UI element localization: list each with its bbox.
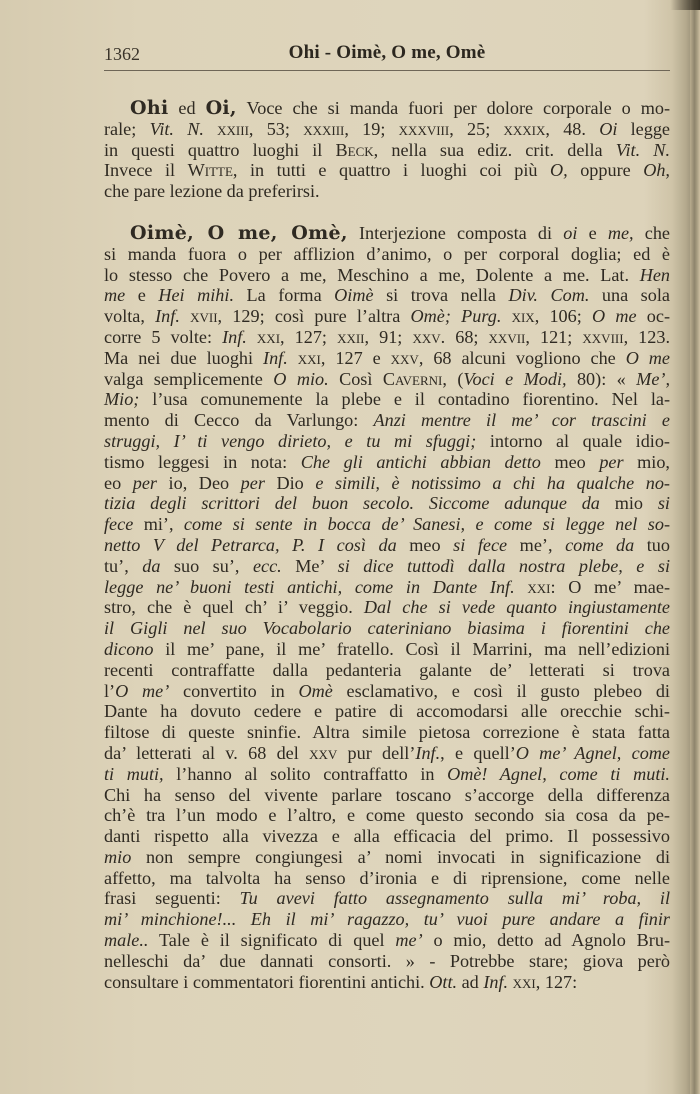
- book-page: 1362 Ohi - Oimè, O me, Omè Ohi ed Oi, Vo…: [0, 0, 700, 1094]
- text-run: mi’,: [133, 514, 184, 534]
- text-line: affetto, ma talvolta ha senso d’ironia e…: [104, 868, 670, 889]
- text-run: Voce che si manda fuori per dolore corpo…: [237, 98, 670, 118]
- text-run: O,: [550, 160, 568, 180]
- text-run: Vit. N.: [616, 140, 670, 160]
- header-rule: [104, 70, 670, 71]
- text-run: , in tutti e quattro i luoghi coi più: [233, 160, 550, 180]
- text-run: [204, 119, 217, 139]
- text-run: oppure: [568, 160, 644, 180]
- entry-oime: Oimè, O me, Omè, Interjezione composta d…: [104, 223, 670, 992]
- text-line: danti rispetto alla vivezza e alla effic…: [104, 826, 670, 847]
- text-run: si trova nella: [374, 285, 509, 305]
- text-run: rale;: [104, 119, 150, 139]
- text-run: xxviii: [582, 327, 623, 347]
- text-run: o mio, detto ad Agnolo Bru-: [423, 930, 670, 950]
- text-line: frasi seguenti: Tu avevi fatto assegname…: [104, 888, 670, 909]
- headword: Ohi: [130, 97, 168, 119]
- text-run: tuo: [634, 535, 670, 555]
- text-line: nelleschi da’ due dannati consorti. » - …: [104, 951, 670, 972]
- text-run: O mio.: [273, 369, 328, 389]
- text-run: 80): «: [567, 369, 637, 389]
- text-run: xvii: [190, 306, 217, 326]
- text-line: Ohi ed Oi, Voce che si manda fuori per d…: [104, 98, 670, 119]
- text-line: volta, Inf. xvii, 129; così pure l’altra…: [104, 306, 670, 327]
- text-line: consultare i commentatori fiorentini ant…: [104, 972, 670, 993]
- text-run: che: [634, 223, 670, 243]
- text-run: xxvii: [489, 327, 526, 347]
- text-run: male..: [104, 930, 148, 950]
- text-run: che pare lezione da preferirsi.: [104, 181, 320, 201]
- text-run: xxi: [298, 348, 321, 368]
- text-run: frasi seguenti:: [104, 888, 240, 908]
- text-run: mio: [104, 847, 131, 867]
- text-run: ad: [457, 972, 483, 992]
- text-run: e: [577, 223, 607, 243]
- text-run: Inf.: [415, 743, 440, 763]
- text-line: l’O me’ convertito in Omè esclamativo, e…: [104, 681, 670, 702]
- text-line: ti muti, l’hanno al solito contraffatto …: [104, 764, 670, 785]
- text-run: e simili, è notissimo a chi ha qualche n…: [315, 473, 670, 493]
- text-run: , 68 alcuni vogliono che: [419, 348, 626, 368]
- text-run: [501, 306, 511, 326]
- text-run: lo stesso che Povero a me, Meschino a me…: [104, 265, 640, 285]
- text-run: Ma nei due luoghi: [104, 348, 263, 368]
- text-run: mio: [600, 493, 658, 513]
- text-line: Ma nei due luoghi Inf. xxi, 127 e xxv, 6…: [104, 348, 670, 369]
- text-run: La forma: [234, 285, 334, 305]
- text-run: [247, 327, 257, 347]
- text-run: , 127 e: [321, 348, 391, 368]
- text-run: si dice tuttodì dalla nostra plebe, e si: [338, 556, 670, 576]
- text-run: stro, che è quel ch’ i’ veggio.: [104, 597, 364, 617]
- text-run: come si sente in bocca de’ Sanesi, e com…: [184, 514, 670, 534]
- text-run: Vit. N.: [150, 119, 204, 139]
- text-line: eo per io, Deo per Dio e simili, è notis…: [104, 473, 670, 494]
- text-line: dicono il me’ pane, il me’ fratello. Cos…: [104, 639, 670, 660]
- text-line: netto V del Petrarca, P. I così da meo s…: [104, 535, 670, 556]
- text-run: esclamativo, e così il gusto plebeo di: [333, 681, 670, 701]
- text-run: [180, 306, 190, 326]
- text-run: xxv: [309, 743, 337, 763]
- text-run: intorno al quale idio-: [476, 431, 670, 451]
- text-run: Witte: [188, 160, 233, 180]
- text-line: Invece il Witte, in tutti e quattro i lu…: [104, 160, 670, 181]
- text-run: Tu avevi fatto assegnamento sulla mi’ ro…: [240, 888, 670, 908]
- text-run: Ott.: [429, 972, 457, 992]
- text-line: fece mi’, come si sente in bocca de’ San…: [104, 514, 670, 535]
- headword: Oi,: [206, 97, 237, 119]
- text-run: Invece il: [104, 160, 188, 180]
- text-line: corre 5 volte: Inf. xxi, 127; xxii, 91; …: [104, 327, 670, 348]
- text-run: , (: [442, 369, 463, 389]
- text-line: in questi quattro luoghi il Beck, nella …: [104, 140, 670, 161]
- text-run: Chi ha senso del vivente parlare toscano…: [104, 785, 670, 805]
- text-run: Oi: [599, 119, 617, 139]
- text-run: meo: [541, 452, 599, 472]
- text-run: me: [104, 285, 125, 305]
- text-run: meo: [397, 535, 453, 555]
- text-run: xxi: [527, 577, 550, 597]
- text-line: valga semplicemente O mio. Così Caverni,…: [104, 369, 670, 390]
- text-run: Dio: [265, 473, 315, 493]
- text-run: me’,: [507, 535, 565, 555]
- text-run: me’: [395, 930, 422, 950]
- text-run: danti rispetto alla vivezza e alla effic…: [104, 826, 670, 846]
- text-run: Inf.: [483, 972, 508, 992]
- text-run: oi: [563, 223, 577, 243]
- text-run: suo su’,: [160, 556, 253, 576]
- text-run: me,: [608, 223, 634, 243]
- text-run: Dante ha dovuto cedere e patire di accom…: [104, 701, 670, 721]
- text-run: Omè; Purg.: [411, 306, 502, 326]
- text-run: O me: [592, 306, 637, 326]
- text-run: , 91;: [365, 327, 413, 347]
- text-line: stro, che è quel ch’ i’ veggio. Dal che …: [104, 597, 670, 618]
- text-line: Dante ha dovuto cedere e patire di accom…: [104, 701, 670, 722]
- text-run: xxxix: [504, 119, 546, 139]
- text-line: recenti contraffatte dalla pedanteria ga…: [104, 660, 670, 681]
- text-run: Dal che si vede quanto ingiustamente: [364, 597, 670, 617]
- text-run: Caverni: [383, 369, 443, 389]
- text-run: O me: [626, 348, 670, 368]
- text-run: affetto, ma talvolta ha senso d’ironia e…: [104, 868, 670, 888]
- text-run: Inf.: [155, 306, 180, 326]
- text-line: Chi ha senso del vivente parlare toscano…: [104, 785, 670, 806]
- text-run: io, Deo: [157, 473, 241, 493]
- text-run: Hen: [640, 265, 670, 285]
- text-run: O me’: [115, 681, 169, 701]
- text-line: che pare lezione da preferirsi.: [104, 181, 670, 202]
- text-run: xxiii: [217, 119, 249, 139]
- text-run: l’: [104, 681, 115, 701]
- entry-ohi: Ohi ed Oi, Voce che si manda fuori per d…: [104, 98, 670, 202]
- text-run: e: [125, 285, 158, 305]
- text-run: da’ letterati al v. 68 del: [104, 743, 309, 763]
- text-run: xxv: [412, 327, 440, 347]
- text-run: tu’,: [104, 556, 142, 576]
- text-run: valga semplicemente: [104, 369, 273, 389]
- text-run: tismo leggesi in nota:: [104, 452, 301, 472]
- text-line: struggi, I’ ti vengo dirieto, e tu mi sf…: [104, 431, 670, 452]
- text-run: , 123.: [624, 327, 670, 347]
- text-run: , 127;: [280, 327, 337, 347]
- text-run: come da: [565, 535, 634, 555]
- text-run: , 53;: [249, 119, 303, 139]
- text-line: male.. Tale è il significato di quel me’…: [104, 930, 670, 951]
- text-run: O me’ Agnel, come: [516, 743, 670, 763]
- text-run: mento di Cecco da Varlungo:: [104, 410, 374, 430]
- text-run: Inf.: [263, 348, 288, 368]
- text-run: si: [658, 493, 670, 513]
- text-line: il Gigli nel suo Vocabolario cateriniano…: [104, 618, 670, 639]
- text-run: si fece: [453, 535, 507, 555]
- text-run: [288, 348, 298, 368]
- text-line: tu’, da suo su’, ecc. Me’ si dice tuttod…: [104, 556, 670, 577]
- text-run: , 106;: [535, 306, 592, 326]
- text-run: Tale è il significato di quel: [148, 930, 395, 950]
- text-run: il Gigli nel suo Vocabolario cateriniano…: [104, 618, 670, 638]
- text-run: per: [241, 473, 265, 493]
- text-run: . 68;: [441, 327, 489, 347]
- text-line: tismo leggesi in nota: Che gli antichi a…: [104, 452, 670, 473]
- text-run: Beck: [336, 140, 374, 160]
- text-run: mi’ minchione!... Eh il mi’ ragazzo, tu’…: [104, 909, 670, 929]
- text-run: non sempre congiungesi a’ nomi invocati …: [131, 847, 670, 867]
- text-run: per: [133, 473, 157, 493]
- page-edge-shadow: [690, 0, 700, 1094]
- text-run: , nella sua ediz. crit. della: [374, 140, 616, 160]
- page-corner-shadow: [670, 0, 700, 10]
- text-run: , 127:: [536, 972, 577, 992]
- text-line: tizia degli scrittori del buon secolo. S…: [104, 493, 670, 514]
- text-run: , e quell’: [440, 743, 516, 763]
- text-run: [515, 577, 528, 597]
- text-run: xxxiii: [303, 119, 344, 139]
- text-run: ed: [168, 98, 205, 118]
- text-line: ch’è tra l’un modo e l’altro, e come que…: [104, 805, 670, 826]
- text-run: Mio;: [104, 389, 139, 409]
- text-run: fece: [104, 514, 133, 534]
- text-run: Div. Com.: [509, 285, 590, 305]
- text-line: mi’ minchione!... Eh il mi’ ragazzo, tu’…: [104, 909, 670, 930]
- text-line: Mio; l’usa comunemente la plebe e il con…: [104, 389, 670, 410]
- text-run: Omè: [298, 681, 332, 701]
- text-run: Oh,: [643, 160, 670, 180]
- text-run: , 48.: [545, 119, 599, 139]
- text-run: Così: [329, 369, 383, 389]
- text-line: legge ne’ buoni testi antichi, come in D…: [104, 577, 670, 598]
- text-run: xix: [512, 306, 535, 326]
- text-run: ch’è tra l’un modo e l’altro, e come que…: [104, 805, 670, 825]
- text-run: Che gli antichi abbian detto: [301, 452, 541, 472]
- text-line: mio non sempre congiungesi a’ nomi invoc…: [104, 847, 670, 868]
- text-run: convertito in: [169, 681, 298, 701]
- text-line: si manda fuora o per afflizion d’animo, …: [104, 244, 670, 265]
- text-run: Hei mihi.: [158, 285, 234, 305]
- text-run: netto V del Petrarca, P. I così da: [104, 535, 397, 555]
- text-line: Oimè, O me, Omè, Interjezione composta d…: [104, 223, 670, 244]
- text-run: l’hanno al solito contraffatto in: [164, 764, 447, 784]
- text-run: ecc.: [253, 556, 282, 576]
- text-line: lo stesso che Povero a me, Meschino a me…: [104, 265, 670, 286]
- text-run: eo: [104, 473, 133, 493]
- text-run: : O me’ mae-: [550, 577, 670, 597]
- text-run: Inf.: [222, 327, 247, 347]
- text-run: , 25;: [449, 119, 503, 139]
- text-run: dicono: [104, 639, 154, 659]
- text-run: l’usa comunemente la plebe e il contadin…: [139, 389, 670, 409]
- text-line: filtose di queste sninfie. Altra simile …: [104, 722, 670, 743]
- text-run: si manda fuora o per afflizion d’animo, …: [104, 244, 670, 264]
- text-run: volta,: [104, 306, 155, 326]
- text-run: una sola: [589, 285, 670, 305]
- text-run: legge ne’ buoni testi antichi, come in D…: [104, 577, 515, 597]
- text-run: oc-: [637, 306, 670, 326]
- text-run: struggi, I’ ti vengo dirieto, e tu mi sf…: [104, 431, 476, 451]
- text-run: pur dell’: [337, 743, 415, 763]
- text-run: Voci e Modi,: [463, 369, 566, 389]
- text-run: Me’: [282, 556, 338, 576]
- text-run: mio,: [624, 452, 670, 472]
- text-run: in questi quattro luoghi il: [104, 140, 336, 160]
- text-run: Me’,: [636, 369, 670, 389]
- text-line: rale; Vit. N. xxiii, 53; xxxiii, 19; xxx…: [104, 119, 670, 140]
- headword: Oimè, O me, Omè,: [130, 222, 348, 244]
- text-run: legge: [617, 119, 670, 139]
- text-run: Interjezione composta di: [348, 223, 563, 243]
- text-run: ti muti,: [104, 764, 164, 784]
- text-run: xxxviii: [399, 119, 450, 139]
- text-run: nelleschi da’ due dannati consorti. » - …: [104, 951, 670, 971]
- text-run: xxii: [337, 327, 364, 347]
- text-run: consultare i commentatori fiorentini ant…: [104, 972, 429, 992]
- text-run: , 121;: [525, 327, 582, 347]
- text-run: Oimè: [334, 285, 373, 305]
- text-run: xxi: [513, 972, 536, 992]
- text-run: da: [142, 556, 160, 576]
- text-run: filtose di queste sninfie. Altra simile …: [104, 722, 670, 742]
- text-line: me e Hei mihi. La forma Oimè si trova ne…: [104, 285, 670, 306]
- text-run: tizia degli scrittori del buon secolo. S…: [104, 493, 600, 513]
- text-run: xxv: [391, 348, 419, 368]
- text-run: Anzi mentre il me’ cor trascini e: [374, 410, 670, 430]
- text-line: mento di Cecco da Varlungo: Anzi mentre …: [104, 410, 670, 431]
- running-head: Ohi - Oimè, O me, Omè: [104, 42, 670, 64]
- text-run: xxi: [257, 327, 280, 347]
- text-line: da’ letterati al v. 68 del xxv pur dell’…: [104, 743, 670, 764]
- text-run: il me’ pane, il me’ fratello. Così il Ma…: [154, 639, 670, 659]
- text-run: recenti contraffatte dalla pedanteria ga…: [104, 660, 670, 680]
- dictionary-body: Ohi ed Oi, Voce che si manda fuori per d…: [104, 98, 670, 992]
- text-run: corre 5 volte:: [104, 327, 222, 347]
- text-run: , 129; così pure l’altra: [218, 306, 411, 326]
- text-run: per: [599, 452, 623, 472]
- text-run: , 19;: [344, 119, 398, 139]
- page-header: 1362 Ohi - Oimè, O me, Omè: [104, 40, 670, 70]
- text-run: Omè! Agnel, come ti muti.: [447, 764, 670, 784]
